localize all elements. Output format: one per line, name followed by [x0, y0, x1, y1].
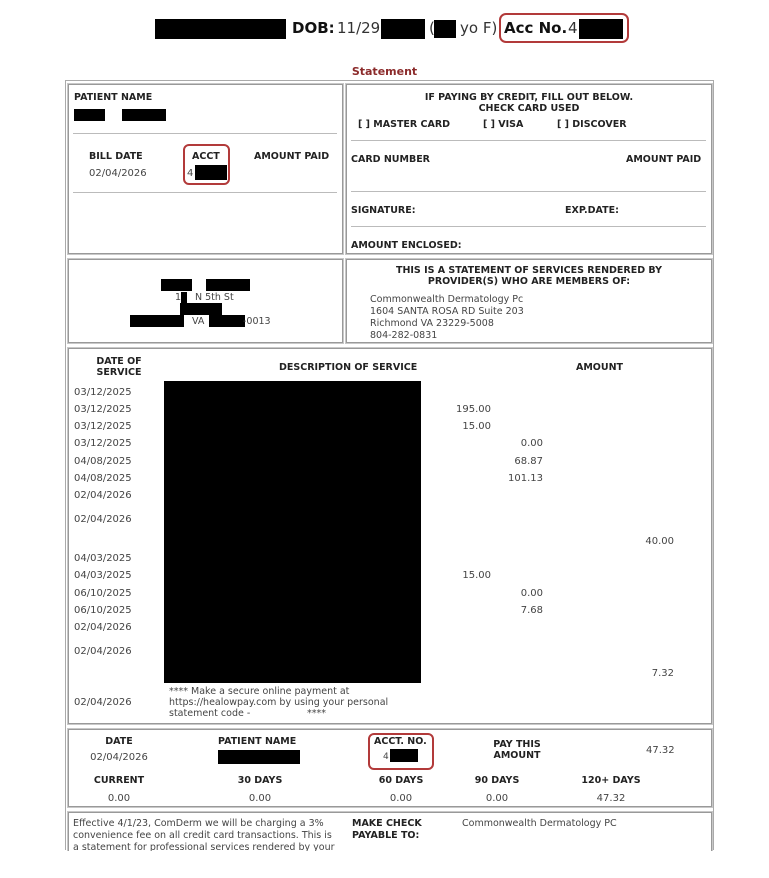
redacted-descriptions — [164, 381, 421, 683]
bill-date-label: BILL DATE — [89, 151, 143, 162]
zip-suffix: -0013 — [243, 316, 271, 327]
statement-title: Statement — [0, 65, 769, 78]
service-date: 03/12/2025 — [74, 387, 132, 398]
signature-label[interactable]: SIGNATURE: — [351, 205, 416, 216]
service-adjust-amount: 101.13 — [483, 473, 543, 484]
service-date: 02/04/2026 — [74, 514, 132, 525]
service-date: 03/12/2025 — [74, 404, 132, 415]
provider-heading-line1: THIS IS A STATEMENT OF SERVICES RENDERED… — [345, 265, 713, 276]
summary-date-label: DATE — [84, 736, 154, 747]
divider — [73, 192, 337, 193]
aging-label: 90 DAYS — [452, 775, 542, 786]
final-date: 02/04/2026 — [74, 697, 132, 708]
service-date: 02/04/2026 — [74, 646, 132, 657]
redacted-summary-acct — [390, 749, 418, 762]
divider — [351, 226, 706, 227]
make-check-line2: PAYABLE TO: — [352, 830, 419, 841]
redacted-address-line2 — [180, 303, 222, 315]
service-date: 06/10/2025 — [74, 605, 132, 616]
acct-prefix: 4 — [187, 168, 193, 179]
service-date: 03/12/2025 — [74, 438, 132, 449]
aging-label: 120+ DAYS — [566, 775, 656, 786]
service-date: 04/03/2025 — [74, 553, 132, 564]
service-date: 03/12/2025 — [74, 421, 132, 432]
redacted-last-name — [122, 109, 166, 121]
col-date-line1: DATE OF — [84, 356, 154, 367]
summary-acct-no-label: ACCT. NO. — [374, 736, 427, 747]
provider-street: 1604 SANTA ROSA RD Suite 203 — [370, 306, 524, 317]
dob-value: 11/29 — [337, 19, 380, 37]
service-charge-amount: 15.00 — [431, 421, 491, 432]
col-description: DESCRIPTION OF SERVICE — [279, 362, 417, 373]
exp-date-label[interactable]: EXP.DATE: — [565, 205, 619, 216]
summary-patient-name-label: PATIENT NAME — [218, 736, 296, 747]
service-adjust-amount: 7.68 — [483, 605, 543, 616]
redacted-street-number — [181, 292, 187, 303]
patient-name-label: PATIENT NAME — [74, 92, 152, 103]
aging-label: 60 DAYS — [356, 775, 446, 786]
provider-phone: 804-282-0831 — [370, 330, 437, 341]
acc-no-label: Acc No. — [504, 19, 567, 37]
online-payment-link[interactable]: https://healowpay.com by using your pers… — [169, 697, 388, 708]
aging-value: 0.00 — [452, 793, 542, 804]
service-adjust-amount: 0.00 — [483, 438, 543, 449]
aging-value: 0.00 — [215, 793, 305, 804]
acct-label: ACCT — [192, 151, 220, 162]
summary-date: 02/04/2026 — [84, 752, 154, 763]
redacted-address-first-name — [161, 279, 192, 291]
card-number-label[interactable]: CARD NUMBER — [351, 154, 430, 165]
pay-this-line1: PAY THIS — [470, 739, 564, 750]
service-date: 02/04/2026 — [74, 490, 132, 501]
col-amount: AMOUNT — [576, 362, 623, 373]
service-balance-amount: 7.32 — [614, 668, 674, 679]
redacted-acc-no — [579, 19, 623, 39]
col-date-line2: SERVICE — [84, 367, 154, 378]
redacted-first-name — [74, 109, 105, 121]
redacted-zip — [209, 315, 245, 327]
dob-label: DOB: — [292, 19, 335, 37]
bill-date-value: 02/04/2026 — [89, 168, 147, 179]
divider — [351, 191, 706, 192]
amount-enclosed-label[interactable]: AMOUNT ENCLOSED: — [351, 240, 462, 251]
service-adjust-amount: 68.87 — [483, 456, 543, 467]
divider — [73, 133, 337, 134]
notice-line2: convenience fee on all credit card trans… — [73, 830, 332, 841]
service-balance-amount: 40.00 — [614, 536, 674, 547]
acc-no-prefix: 4 — [568, 19, 578, 37]
online-note-stars: **** — [307, 708, 326, 719]
provider-name: Commonwealth Dermatology Pc — [370, 294, 523, 305]
checkbox-mastercard[interactable]: [ ] MASTER CARD — [358, 119, 450, 130]
online-note-line3: statement code - — [169, 708, 250, 719]
service-adjust-amount: 0.00 — [483, 588, 543, 599]
provider-city: Richmond VA 23229-5008 — [370, 318, 494, 329]
service-date: 04/08/2025 — [74, 456, 132, 467]
service-charge-amount: 195.00 — [431, 404, 491, 415]
aging-value: 0.00 — [356, 793, 446, 804]
service-date: 02/04/2026 — [74, 622, 132, 633]
checkbox-visa[interactable]: [ ] VISA — [483, 119, 523, 130]
aging-label: 30 DAYS — [215, 775, 305, 786]
redacted-address-last-name — [206, 279, 250, 291]
divider — [351, 140, 706, 141]
age-suffix: yo F) — [460, 19, 497, 37]
service-date: 06/10/2025 — [74, 588, 132, 599]
aging-value: 47.32 — [566, 793, 656, 804]
amount-paid-label: AMOUNT PAID — [254, 151, 329, 162]
redacted-summary-patient-name — [218, 750, 300, 764]
payee-name: Commonwealth Dermatology PC — [462, 818, 617, 829]
pay-this-line2: AMOUNT — [470, 750, 564, 761]
aging-label: CURRENT — [74, 775, 164, 786]
state: VA — [192, 316, 204, 327]
make-check-line1: MAKE CHECK — [352, 818, 422, 829]
provider-heading-line2: PROVIDER(S) WHO ARE MEMBERS OF: — [345, 276, 713, 287]
notice-line3: a statement for professional services re… — [73, 842, 335, 851]
checkbox-discover[interactable]: [ ] DISCOVER — [557, 119, 627, 130]
street: N 5th St — [195, 292, 234, 303]
redacted-dob-year — [381, 19, 425, 39]
aging-value: 0.00 — [74, 793, 164, 804]
redacted-patient-name — [155, 19, 286, 39]
credit-amount-paid-label[interactable]: AMOUNT PAID — [626, 154, 701, 165]
redacted-city — [130, 315, 184, 327]
pay-this-amount: 47.32 — [646, 745, 675, 756]
service-charge-amount: 15.00 — [431, 570, 491, 581]
redacted-acct — [195, 165, 227, 180]
credit-heading-line2: CHECK CARD USED — [345, 103, 713, 114]
service-date: 04/08/2025 — [74, 473, 132, 484]
page-cutoff — [0, 851, 769, 878]
notice-line1: Effective 4/1/23, ComDerm we will be cha… — [73, 818, 324, 829]
summary-acct-prefix: 4 — [383, 752, 389, 762]
annotation-header: DOB: 11/29 ( yo F) Acc No. 4 — [0, 17, 769, 41]
redacted-age — [434, 20, 456, 38]
online-note-line1: **** Make a secure online payment at — [169, 686, 349, 697]
service-date: 04/03/2025 — [74, 570, 132, 581]
credit-heading-line1: IF PAYING BY CREDIT, FILL OUT BELOW. — [345, 92, 713, 103]
